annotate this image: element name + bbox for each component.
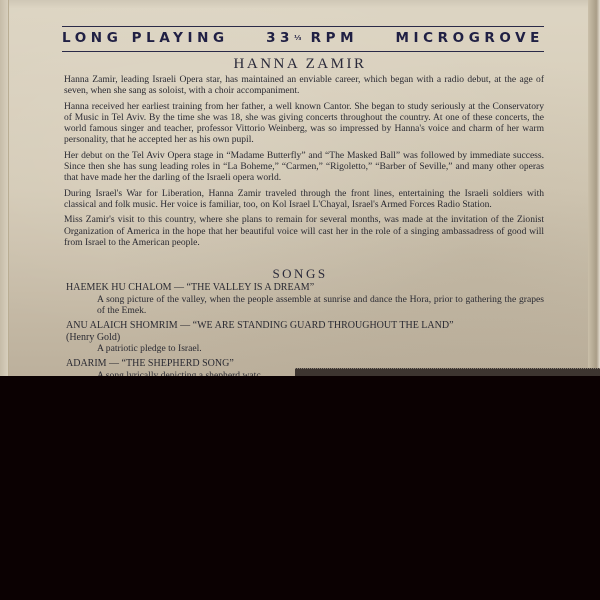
dark-occluded-area: [0, 376, 600, 600]
paper-top-edge: [0, 0, 600, 8]
song-item: ANU ALAICH SHOMRIM — “WE ARE STANDING GU…: [66, 320, 544, 354]
artist-name: HANNA ZAMIR: [0, 56, 600, 73]
bio-paragraph: Her debut on the Tel Aviv Opera stage in…: [64, 150, 544, 184]
biography: Hanna Zamir, leading Israeli Opera star,…: [64, 74, 544, 252]
bio-paragraph: Hanna Zamir, leading Israeli Opera star,…: [64, 74, 544, 97]
header-long-playing: LONG PLAYING: [62, 30, 229, 46]
header-banner: LONG PLAYING 33⅓ RPM MICROGROVE: [62, 26, 544, 52]
song-description: A patriotic pledge to Israel.: [66, 343, 544, 354]
header-speed-fraction: ⅓: [294, 34, 301, 42]
song-title: HAEMEK HU CHALOM — “THE VALLEY IS A DREA…: [66, 282, 544, 294]
song-title: ANU ALAICH SHOMRIM — “WE ARE STANDING GU…: [66, 320, 544, 332]
bio-paragraph: Hanna received her earliest training fro…: [64, 101, 544, 146]
bio-paragraph: Miss Zamir's visit to this country, wher…: [64, 214, 544, 248]
songs-heading: SONGS: [0, 266, 600, 282]
header-microgrove: MICROGROVE: [396, 30, 545, 46]
header-text: LONG PLAYING 33⅓ RPM MICROGROVE: [62, 30, 544, 46]
album-back-cover: LONG PLAYING 33⅓ RPM MICROGROVE HANNA ZA…: [0, 0, 600, 376]
bio-paragraph: During Israel's War for Liberation, Hann…: [64, 188, 544, 211]
header-rpm: RPM: [311, 30, 359, 46]
song-credit: (Henry Gold): [66, 332, 544, 344]
header-speed: 33⅓ RPM: [266, 30, 358, 46]
song-description: A song picture of the valley, when the p…: [66, 294, 544, 316]
song-item: HAEMEK HU CHALOM — “THE VALLEY IS A DREA…: [66, 282, 544, 316]
header-speed-number: 33: [266, 30, 294, 46]
